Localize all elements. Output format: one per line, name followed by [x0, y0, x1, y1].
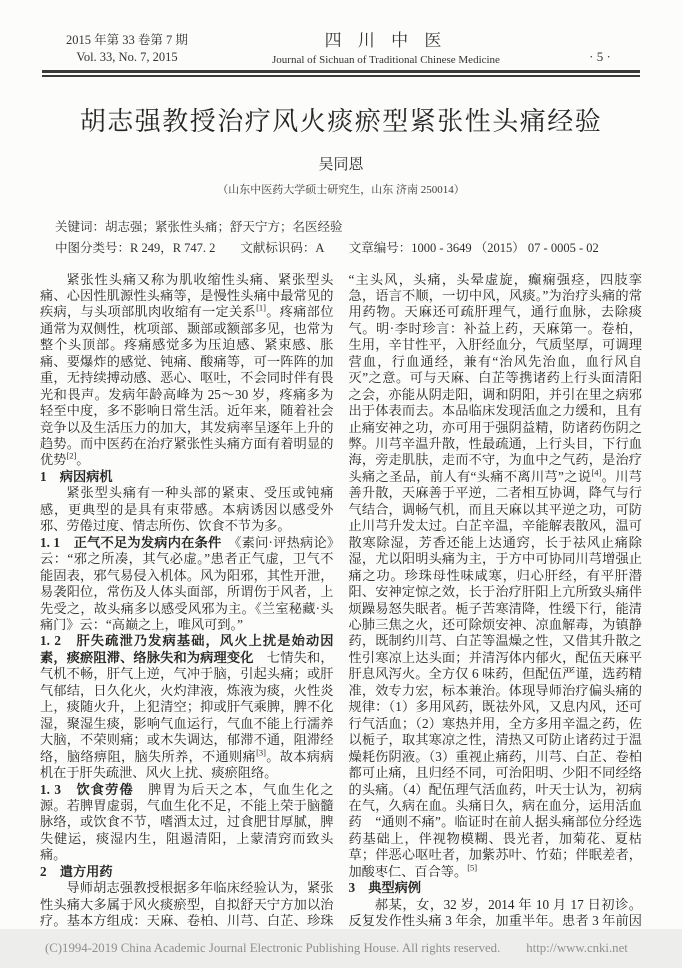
- keywords-line: 关键词：胡志强；紧张性头痛；舒天宁方；名医经验: [55, 217, 640, 238]
- journal-title-en: Journal of Sichuan of Traditional Chines…: [212, 54, 560, 66]
- section-heading: 1 病因病机: [40, 469, 334, 485]
- footer-copyright: (C)1994-2019 China Academic Journal Elec…: [45, 941, 500, 956]
- author-affiliation: （山东中医药大学硕士研究生，山东 济南 250014）: [0, 181, 682, 197]
- issue-info: 2015 年第 33 卷第 7 期 Vol. 33, No. 7, 2015: [42, 32, 212, 66]
- journal-masthead: 四 川 中 医 Journal of Sichuan of Traditiona…: [212, 26, 560, 66]
- paragraph: 导师胡志强教授根据多年临床经验认为，紧张性头痛大多属于风火痰瘀型，自拟舒天宁方加…: [40, 880, 334, 933]
- paragraph: 郝某，女，32 岁，2014 年 10 月 17 日初诊。反复发作性头痛 3 年…: [349, 897, 643, 934]
- paragraph: “主头风，头痛，头晕虚旋，癫痫强痉，四肢挛急，语言不顺，一切中风，风痰。”为治疗…: [349, 272, 643, 881]
- paragraph: 紧张型头痛有一种头部的紧束、受压或钝痛感，更典型的是具有束带感。本病诱因以感受外…: [40, 485, 334, 534]
- author-name: 吴同恩: [0, 153, 682, 174]
- journal-page: 2015 年第 33 卷第 7 期 Vol. 33, No. 7, 2015 四…: [0, 0, 682, 968]
- article-meta: 关键词：胡志强；紧张性头痛；舒天宁方；名医经验 中图分类号：R 249，R 74…: [55, 217, 640, 259]
- page-header: 2015 年第 33 卷第 7 期 Vol. 33, No. 7, 2015 四…: [42, 26, 640, 66]
- page-number: · 5 ·: [560, 49, 640, 66]
- section-heading: 3 典型病例: [349, 880, 643, 896]
- header-double-rule: [42, 70, 640, 77]
- body-column-left: 紧张性头痛又称为肌收缩性头痛、紧张型头痛、心因性肌源性头痛等，是慢性头痛中最常见…: [40, 272, 334, 934]
- page-footer: (C)1994-2019 China Academic Journal Elec…: [0, 929, 682, 968]
- article-body: 紧张性头痛又称为肌收缩性头痛、紧张型头痛、心因性肌源性头痛等，是慢性头痛中最常见…: [40, 272, 642, 934]
- journal-title-cn: 四 川 中 医: [212, 26, 560, 51]
- paragraph: 1. 2 肝失疏泄乃发病基础，风火上扰是始动因素，痰瘀阻滞、络脉失和为病理变化 …: [40, 633, 334, 781]
- paragraph: 1. 3 饮食劳倦 脾胃为后天之本，气血生化之源。若脾胃虚弱，气血生化不足，不能…: [40, 782, 334, 864]
- article-title: 胡志强教授治疗风火痰瘀型紧张性头痛经验: [0, 101, 682, 138]
- issue-line-cn: 2015 年第 33 卷第 7 期: [42, 32, 212, 49]
- paragraph: 1. 1 正气不足为发病内在条件 《素问·评热病论》云：“邪之所凑，其气必虚。”…: [40, 535, 334, 634]
- section-heading: 2 遣方用药: [40, 864, 334, 880]
- paragraph: 紧张性头痛又称为肌收缩性头痛、紧张型头痛、心因性肌源性头痛等，是慢性头痛中最常见…: [40, 272, 334, 469]
- footer-url: http://www.cnki.net: [526, 941, 628, 956]
- classification-line: 中图分类号：R 249，R 747. 2 文献标识码：A 文章编号：1000 -…: [55, 238, 640, 259]
- body-column-right: “主头风，头痛，头晕虚旋，癫痫强痉，四肢挛急，语言不顺，一切中风，风痰。”为治疗…: [349, 272, 643, 934]
- issue-line-en: Vol. 33, No. 7, 2015: [42, 49, 212, 66]
